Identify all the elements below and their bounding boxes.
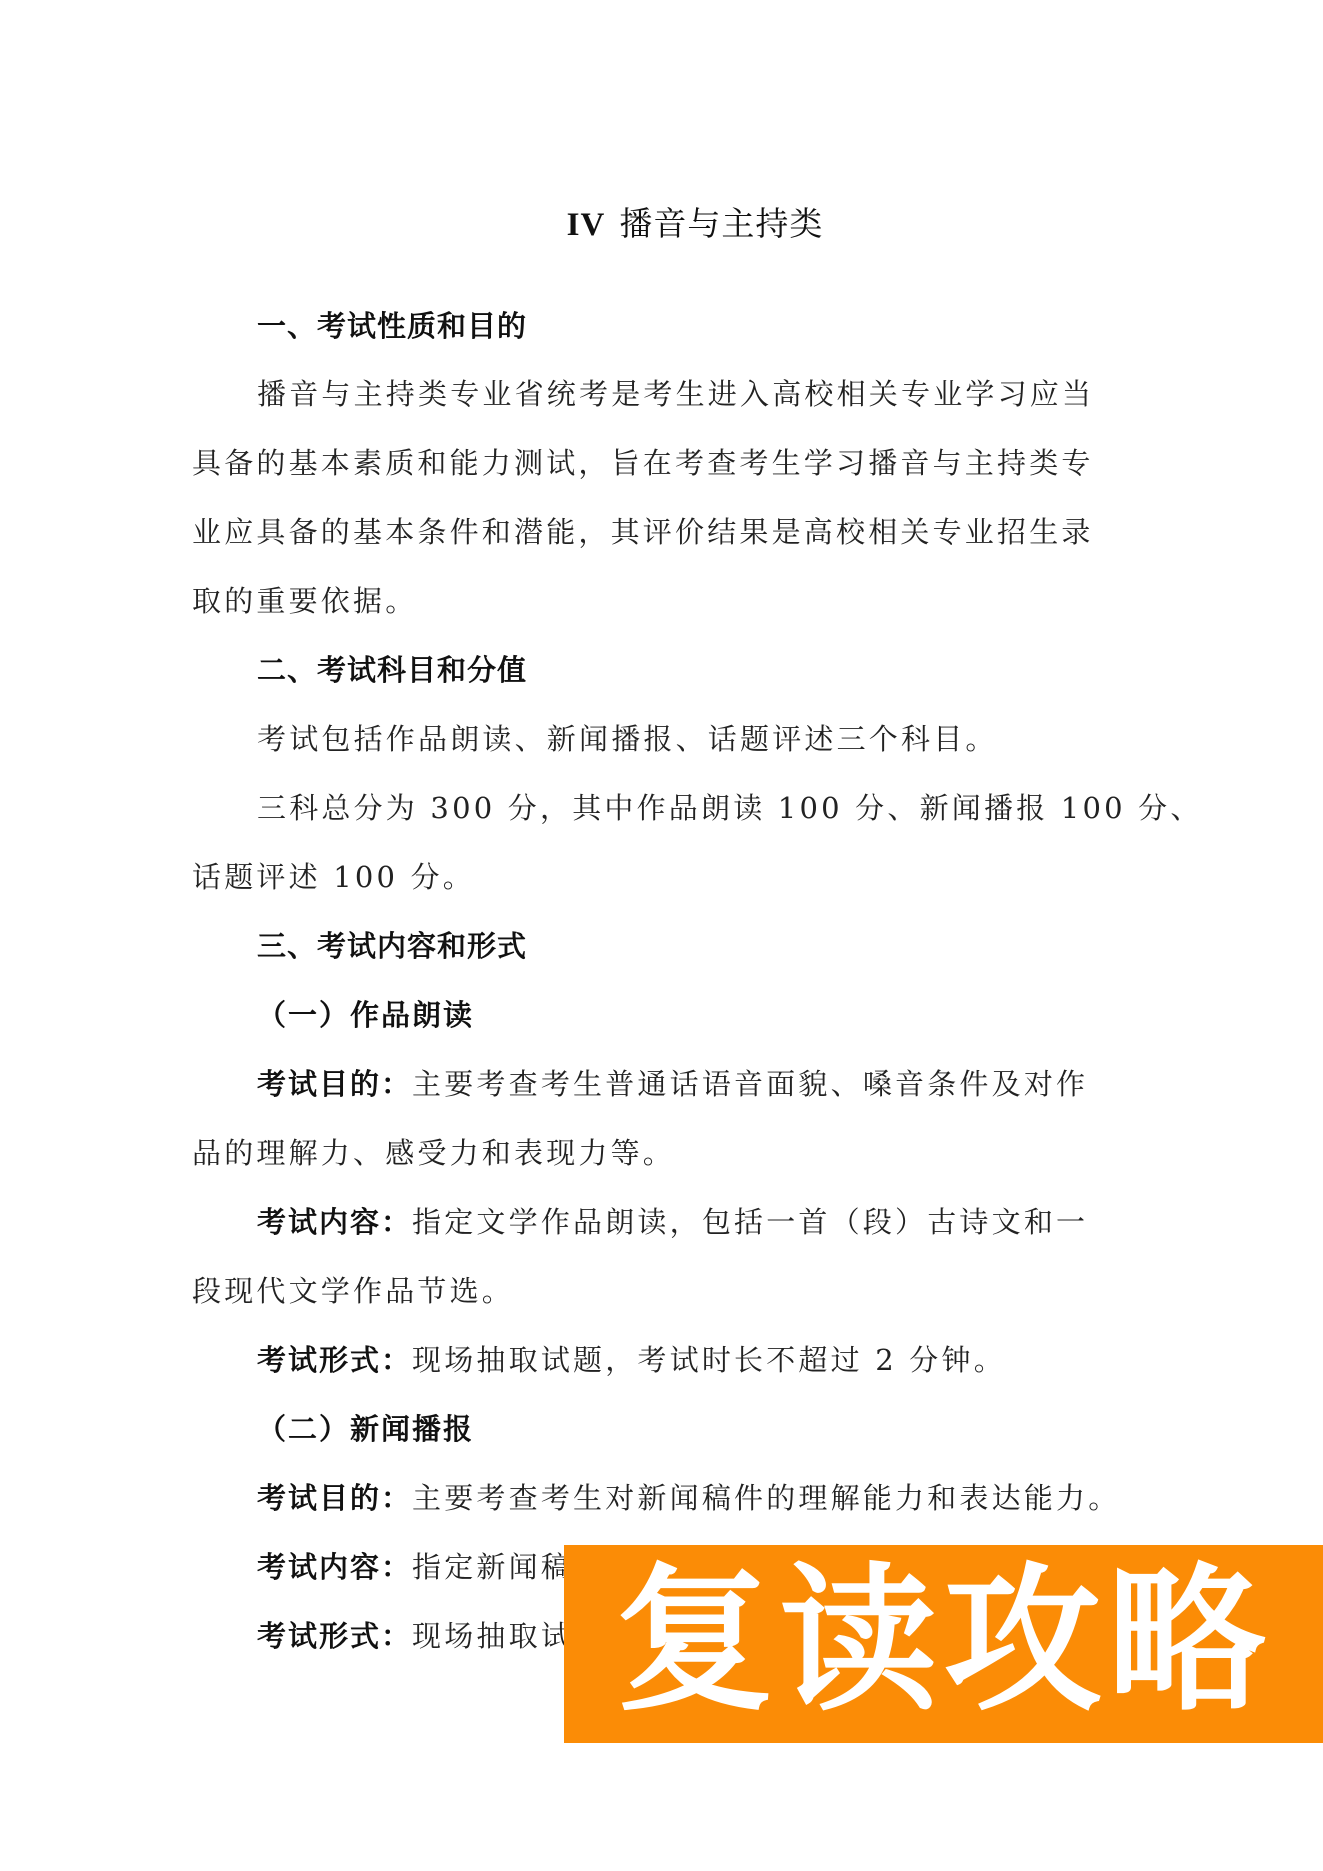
content-text: 指定新闻稿 <box>412 1550 573 1584</box>
subsection-heading-2: （二）新闻播报 <box>257 1409 1197 1449</box>
document-page: IV播音与主持类 一、考试性质和目的 播音与主持类专业省统考是考生进入高校相关专… <box>0 0 1323 1871</box>
paragraph-line: 播音与主持类专业省统考是考生进入高校相关专业学习应当 <box>257 374 1197 414</box>
purpose-line: 考试目的：主要考查考生普通话语音面貌、嗓音条件及对作 <box>257 1064 1197 1104</box>
paragraph-line: 具备的基本素质和能力测试，旨在考查考生学习播音与主持类专 <box>192 443 1132 483</box>
purpose-line: 考试目的：主要考查考生对新闻稿件的理解能力和表达能力。 <box>257 1478 1197 1518</box>
format-line: 考试形式：现场抽取试题，考试时长不超过 2 分钟。 <box>257 1340 1197 1380</box>
content-label: 考试内容： <box>257 1205 412 1239</box>
section-heading-1: 一、考试性质和目的 <box>257 306 1197 346</box>
paragraph-line: 品的理解力、感受力和表现力等。 <box>192 1133 1132 1173</box>
paragraph-line: 话题评述 100 分。 <box>192 857 1132 897</box>
section-heading-2: 二、考试科目和分值 <box>257 650 1197 690</box>
title-text: 播音与主持类 <box>619 204 823 243</box>
format-label: 考试形式： <box>257 1619 412 1653</box>
watermark-banner: 复读攻略 <box>564 1545 1323 1743</box>
purpose-label: 考试目的： <box>257 1067 412 1101</box>
paragraph-line: 业应具备的基本条件和潜能，其评价结果是高校相关专业招生录 <box>192 512 1132 552</box>
paragraph-line: 取的重要依据。 <box>192 581 1132 621</box>
purpose-text: 主要考查考生对新闻稿件的理解能力和表达能力。 <box>412 1481 1120 1515</box>
subsection-heading-1: （一）作品朗读 <box>257 995 1197 1035</box>
format-label: 考试形式： <box>257 1343 412 1377</box>
title-numeral: IV <box>567 207 606 243</box>
paragraph-line: 段现代文学作品节选。 <box>192 1271 1132 1311</box>
paragraph-line: 考试包括作品朗读、新闻播报、话题评述三个科目。 <box>257 719 1197 759</box>
purpose-text: 主要考查考生普通话语音面貌、嗓音条件及对作 <box>412 1067 1088 1101</box>
content-label: 考试内容： <box>257 1550 412 1584</box>
format-text: 现场抽取试题，考试时长不超过 2 分钟。 <box>412 1343 1006 1377</box>
watermark-text: 复读攻略 <box>616 1562 1272 1720</box>
purpose-label: 考试目的： <box>257 1481 412 1515</box>
content-text: 指定文学作品朗读，包括一首（段）古诗文和一 <box>412 1205 1088 1239</box>
section-heading-3: 三、考试内容和形式 <box>257 926 1197 966</box>
format-text: 现场抽取试 <box>412 1619 573 1653</box>
content-line: 考试内容：指定文学作品朗读，包括一首（段）古诗文和一 <box>257 1202 1197 1242</box>
page-title: IV播音与主持类 <box>0 198 1323 245</box>
paragraph-line: 三科总分为 300 分，其中作品朗读 100 分、新闻播报 100 分、 <box>257 788 1197 828</box>
